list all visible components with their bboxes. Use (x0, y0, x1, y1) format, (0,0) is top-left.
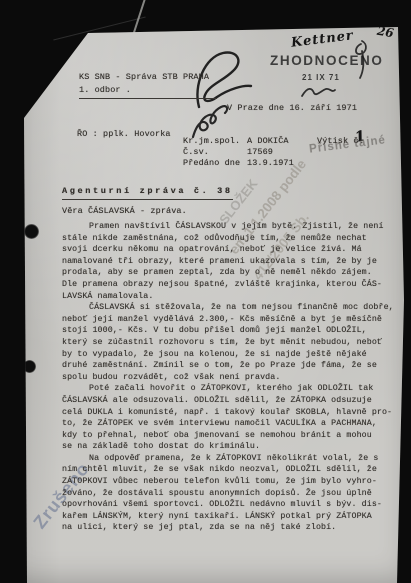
report-subject: Věra ČÁSLAVSKÁ - zpráva. (62, 206, 187, 216)
report-title: Agenturní zpráva č. 38 (62, 186, 233, 200)
paragraph: ČÁSLAVSKÁ si stěžovala, že na tom nejsou… (62, 302, 402, 383)
paragraph: Na odpověď pramena, že k ZÁTOPKOVI někol… (62, 453, 402, 534)
handwritten-page-number: 26 (376, 24, 395, 40)
scan-background: Zrušeno SLOŽEK em 1.1.2008 podle 412/200… (0, 0, 411, 583)
org-line-1: KS SNB - Správa STB PRAHA (79, 72, 209, 82)
field-label: Předáno dne (183, 158, 240, 168)
paragraph: Poté začali hovořit o ZÁTOPKOVI, kterého… (62, 383, 402, 453)
field-value: A DOKIČA (247, 136, 289, 146)
officer-line: ŘO : pplk. Hovorka (77, 129, 171, 139)
field-value: 17569 (247, 147, 273, 157)
watermark-slozek: SLOŽEK (216, 176, 260, 227)
field-label: Kr.jm.spol. (183, 136, 240, 146)
org-line-2: 1. odbor . (79, 85, 217, 99)
document-page: Zrušeno SLOŽEK em 1.1.2008 podle 412/200… (0, 0, 411, 583)
field-value: 13.9.1971 (247, 158, 294, 168)
handwritten-check-mark (352, 38, 370, 80)
field-label: Č.sv. (183, 147, 209, 157)
handwritten-note: Kettner (290, 28, 354, 51)
paragraph: Pramen navštívil ČÁSLAVSKOU v jejím bytě… (62, 221, 402, 302)
handwritten-initials (299, 84, 337, 100)
report-body: Pramen navštívil ČÁSLAVSKOU v jejím bytě… (62, 221, 402, 534)
punch-hole (23, 360, 36, 373)
punch-hole (24, 224, 39, 239)
place-date-line: V Praze dne 16. září 1971 (227, 103, 357, 113)
evaluation-date-mark: 21 IX 71 (302, 73, 340, 82)
